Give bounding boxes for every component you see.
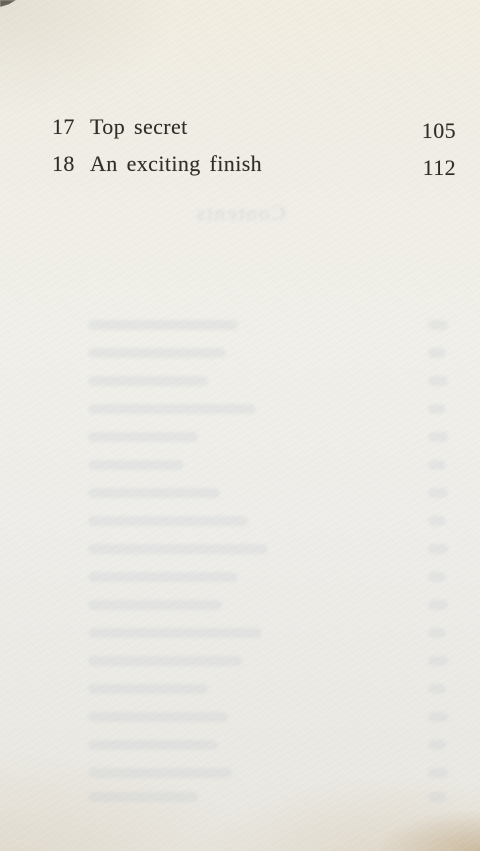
ghost-page-number	[428, 740, 446, 750]
ghost-page-number	[428, 792, 446, 802]
chapter-number: 18	[52, 145, 90, 182]
page-number: 105	[422, 112, 456, 149]
page-corner-mark	[0, 0, 16, 7]
ghost-text-line	[88, 544, 268, 554]
ghost-page-number	[428, 488, 448, 498]
ghost-page-number	[428, 376, 448, 386]
ghost-page-number	[428, 684, 446, 694]
ghost-text-line	[88, 792, 198, 802]
page-number: 112	[423, 149, 456, 186]
ghost-text-line	[88, 320, 238, 330]
ghost-text-line	[88, 460, 184, 470]
ghost-text-line	[88, 684, 208, 694]
ghost-page-number	[428, 628, 446, 638]
contents-list: 17 Top secret 105 18 An exciting finish …	[52, 108, 456, 182]
ghost-text-line	[88, 572, 238, 582]
ghost-page-number	[428, 404, 446, 414]
ghost-text-line	[88, 404, 256, 414]
ghost-text-line	[88, 600, 222, 610]
ghost-text-line	[88, 628, 262, 638]
contents-entry: 18 An exciting finish 112	[52, 145, 456, 182]
ghost-text-line	[88, 348, 226, 358]
ghost-text-line	[88, 376, 208, 386]
ghost-text-line	[88, 488, 220, 498]
ghost-page-number	[428, 320, 448, 330]
ghost-contents-heading: Contents	[0, 201, 480, 226]
book-page: Contents 17 Top secret 105 18 An excitin…	[0, 0, 480, 851]
ghost-page-number	[428, 460, 446, 470]
ghost-text-line	[88, 432, 198, 442]
ghost-page-number	[428, 516, 446, 526]
ghost-page-number	[428, 572, 446, 582]
contents-entry: 17 Top secret 105	[52, 108, 456, 145]
ghost-text-line	[88, 656, 242, 666]
ghost-text-line	[88, 768, 232, 778]
ghost-page-number	[428, 432, 448, 442]
chapter-title: Top secret	[90, 108, 422, 145]
ghost-text-line	[88, 516, 248, 526]
ghost-page-number	[428, 544, 448, 554]
ghost-page-number	[428, 768, 448, 778]
chapter-number: 17	[52, 108, 90, 145]
ghost-text-line	[88, 740, 218, 750]
chapter-title: An exciting finish	[90, 145, 423, 182]
ghost-page-number	[428, 712, 448, 722]
ghost-page-number	[428, 600, 448, 610]
ghost-page-number	[428, 656, 448, 666]
ghost-page-number	[428, 348, 446, 358]
ghost-text-line	[88, 712, 228, 722]
